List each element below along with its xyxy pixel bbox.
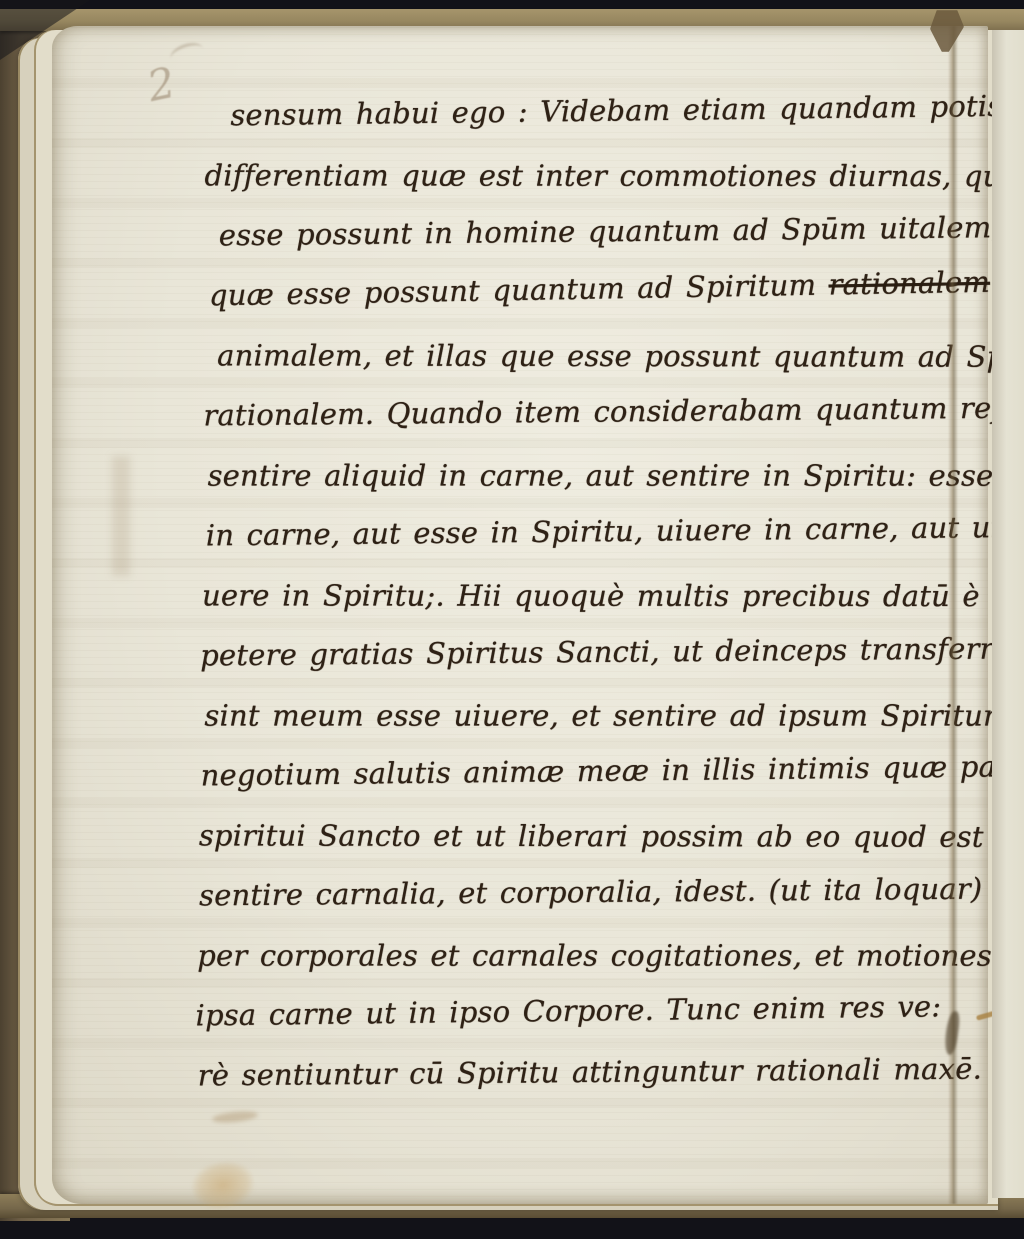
manuscript-line: sint meum esse uiuere, et sentire ad ips… — [204, 685, 1004, 745]
line-text: esse possunt in homine quantum ad Spūm u… — [219, 209, 1024, 252]
line-text: sentire carnalia, et corporalia, idest. … — [199, 872, 983, 913]
manuscript-line: rationalem. Quando item considerabam qua… — [203, 378, 1004, 446]
manuscript-line: rè sentiuntur cū Spiritu attinguntur rat… — [197, 1038, 1005, 1105]
manuscript-line: animalem, et illas que esse possunt quan… — [217, 325, 1003, 386]
manuscript-line: sentire carnalia, et corporalia, idest. … — [199, 858, 1005, 925]
manuscript-line: spiritui Sancto et ut liberari possim ab… — [199, 805, 1005, 866]
line-text: sint meum esse uiuere, et sentire ad ips… — [204, 698, 1024, 732]
facing-page-sliver — [992, 30, 1024, 1198]
line-text: petere gratias Spiritus Sancti, ut deinc… — [200, 631, 1024, 673]
manuscript-line: uere in Spiritu;. Hii quoquè multis prec… — [202, 565, 1004, 626]
edge-discoloration — [112, 456, 130, 576]
line-text: quæ esse possunt quantum ad Spiritum — [209, 268, 829, 313]
line-text: rè sentiuntur cū Spiritu attinguntur rat… — [198, 1052, 983, 1093]
manuscript-line: in carne, aut esse in Spiritu, uiuere in… — [205, 497, 1004, 565]
manuscript-line: sensum habui ego : Videbam etiam quandam… — [230, 76, 1003, 145]
manuscript-line-with-correction: quæ esse possunt quantum ad Spiritum rat… — [208, 252, 1003, 326]
manuscript-line: petere gratias Spiritus Sancti, ut deinc… — [200, 618, 1004, 685]
manuscript-line: negotium salutis animæ meæ in illis inti… — [200, 736, 1005, 805]
paper-smear — [212, 1110, 259, 1125]
line-text: sentire aliquid in carne, aut sentire in… — [208, 458, 994, 492]
line-text: sensum habui ego : Videbam etiam quandam… — [230, 88, 1024, 133]
line-text: per corporales et carnales cogitationes,… — [197, 938, 1024, 972]
line-text: uere in Spiritu;. Hii quoquè multis prec… — [202, 578, 980, 613]
line-text: in carne, aut esse in Spiritu, uiuere in… — [206, 510, 1011, 552]
line-text: ipsa carne ut in ipso Corpore. Tunc enim… — [195, 989, 941, 1032]
line-text: negotium salutis animæ meæ in illis inti… — [200, 749, 1024, 792]
manuscript-page: 2 sensum habui ego : Videbam etiam quand… — [52, 26, 988, 1204]
manuscript-line: sentire aliquid in carne, aut sentire in… — [208, 445, 1004, 505]
line-text: differentiam quæ est inter commotiones d… — [205, 158, 1024, 193]
photo-background: 2 sensum habui ego : Videbam etiam quand… — [0, 0, 1024, 1239]
line-text: spiritui Sancto et ut liberari possim ab… — [199, 818, 984, 853]
manuscript-text-block: sensum habui ego : Videbam etiam quandam… — [192, 83, 1006, 1106]
struck-through-word: rationalem — [828, 265, 990, 302]
manuscript-line: differentiam quæ est inter commotiones d… — [205, 145, 1003, 206]
line-text: rationalem. Quando item considerabam qua… — [203, 390, 1024, 432]
manuscript-line: ipsa carne ut in ipso Corpore. Tunc enim… — [195, 976, 1006, 1046]
faded-page-number: 2 — [143, 58, 179, 111]
gutter-top-shadow — [930, 10, 964, 52]
line-text: animalem, et illas que esse possunt quan… — [217, 338, 1024, 374]
faded-ink-scribble — [168, 39, 206, 68]
